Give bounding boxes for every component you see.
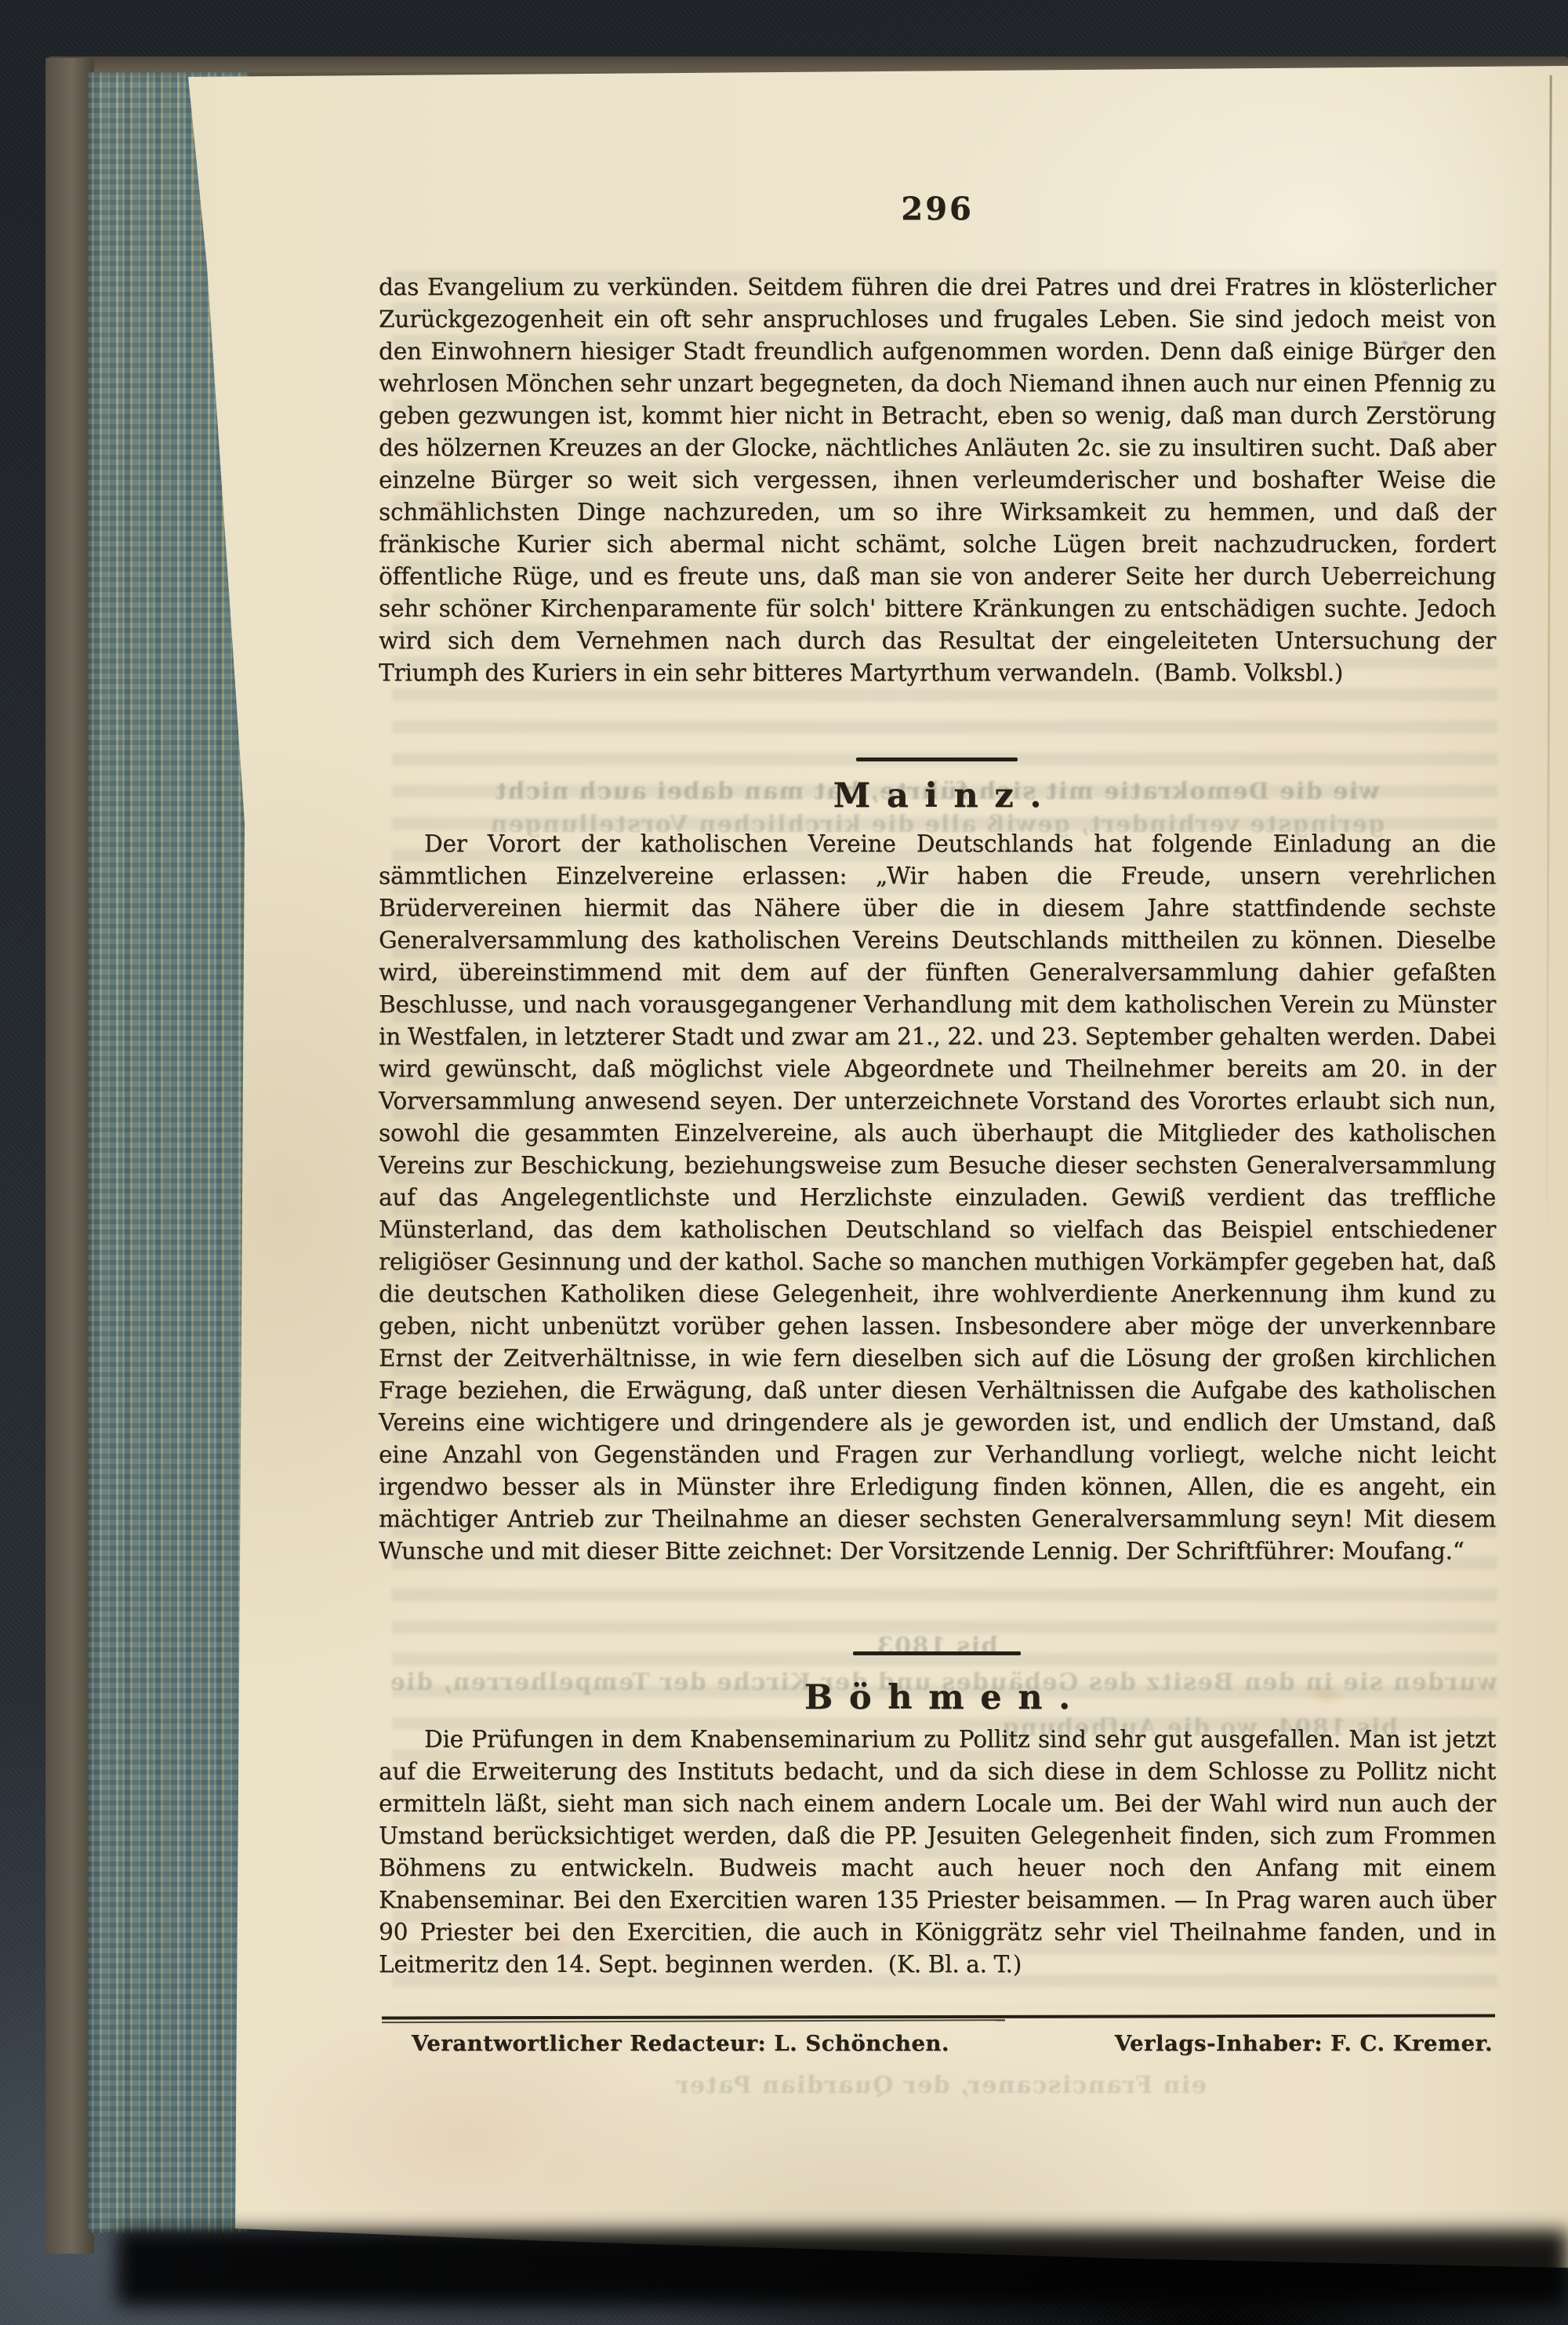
- mainz-paragraph: Der Vorort der katholischen Vereine Deut…: [379, 828, 1496, 1568]
- footer-redacteur: Verantwortlicher Redacteur: L. Schönchen…: [379, 2031, 949, 2056]
- boehmen-text: Die Prüfungen in dem Knabenseminarium zu…: [379, 1726, 1496, 1978]
- section-separator-rule: [853, 1651, 1021, 1655]
- imprint-footer: Verantwortlicher Redacteur: L. Schönchen…: [379, 2031, 1496, 2056]
- mainz-text: Der Vorort der katholischen Vereine Deut…: [379, 830, 1496, 1564]
- continuation-paragraph: das Evangelium zu verkünden. Seitdem füh…: [379, 271, 1496, 689]
- continuation-text: das Evangelium zu verkünden. Seitdem füh…: [379, 274, 1496, 686]
- footer-verleger: Verlags-Inhaber: F. C. Kremer.: [1115, 2031, 1496, 2056]
- paper-cast-shadow: [118, 2230, 1568, 2305]
- source-citation-bamberg: (Bamb. Volksbl.): [1154, 659, 1343, 686]
- source-citation-kbl: (K. Bl. a. T.): [888, 1951, 1022, 1978]
- bleedthrough-text: bis 1803: [768, 1633, 1105, 1660]
- book-cover-edge-left: [45, 58, 94, 2254]
- page-number: 296: [379, 191, 1496, 227]
- section-separator-rule: [856, 757, 1018, 761]
- boehmen-paragraph: Die Prüfungen in dem Knabenseminarium zu…: [379, 1724, 1496, 1981]
- section-heading-boehmen: Böhmen.: [379, 1678, 1496, 1717]
- section-heading-mainz: Mainz.: [379, 776, 1496, 816]
- bleedthrough-text: ein Franciscaner, der Quardian Pater: [549, 2072, 1333, 2099]
- scanned-book-photo: { "page": { "number": "296", "paper_colo…: [0, 0, 1568, 2325]
